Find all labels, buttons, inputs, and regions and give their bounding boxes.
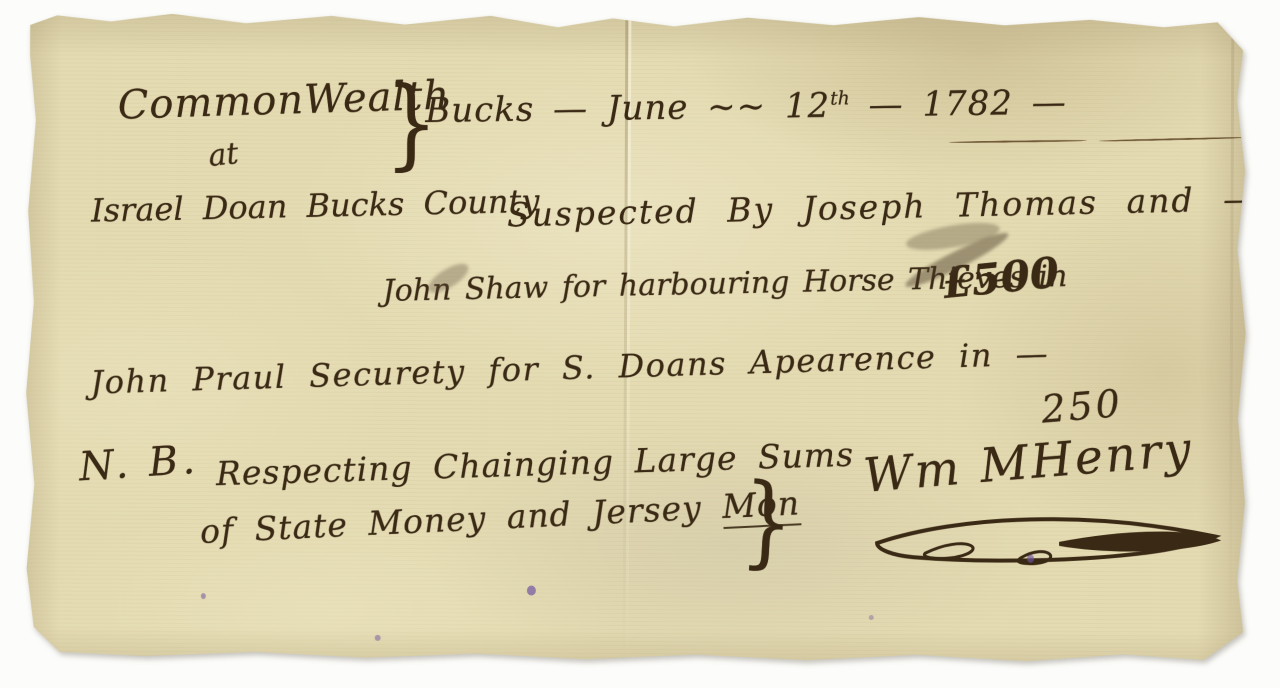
manuscript-paper: CommonWealth at } Bucks — June ~~ 12th —…: [23, 9, 1250, 664]
dash-rule: [1099, 137, 1247, 142]
ink-speck: [201, 593, 206, 599]
torn-edge-paper: CommonWealth at } Bucks — June ~~ 12th —…: [23, 9, 1250, 664]
dash-rule: [949, 140, 1087, 144]
insertion-at: at: [207, 137, 240, 173]
nota-bene-brace: }: [739, 464, 796, 578]
signature-name: Wm MHenry: [862, 424, 1196, 503]
nota-bene-label: N. B.: [78, 438, 201, 490]
signature-flourish: [869, 499, 1241, 581]
security-amount: 250: [1040, 383, 1125, 431]
ink-speck: [1027, 555, 1034, 563]
ink-speck: [869, 615, 874, 620]
date-year: — 1782 —: [850, 83, 1067, 126]
nota-bene-line2-text: of State Money and Jersey: [199, 487, 723, 551]
county-date-text: Bucks — June ~~ 12: [425, 86, 830, 131]
nota-bene-line2: of State Money and Jersey Mon: [199, 485, 801, 550]
accusation-line: Suspected By Joseph Thomas and —: [507, 181, 1259, 234]
ink-speck: [375, 635, 381, 641]
security-line: John Praul Securety for S. Doans Apearen…: [90, 336, 1050, 400]
accused-line: Israel Doan Bucks County: [91, 184, 540, 229]
photo-backdrop: CommonWealth at } Bucks — June ~~ 12th —…: [0, 0, 1280, 688]
ink-speck: [527, 586, 536, 596]
county-date-line: Bucks — June ~~ 12th — 1782 —: [425, 85, 1067, 131]
date-ordinal: th: [830, 88, 850, 109]
